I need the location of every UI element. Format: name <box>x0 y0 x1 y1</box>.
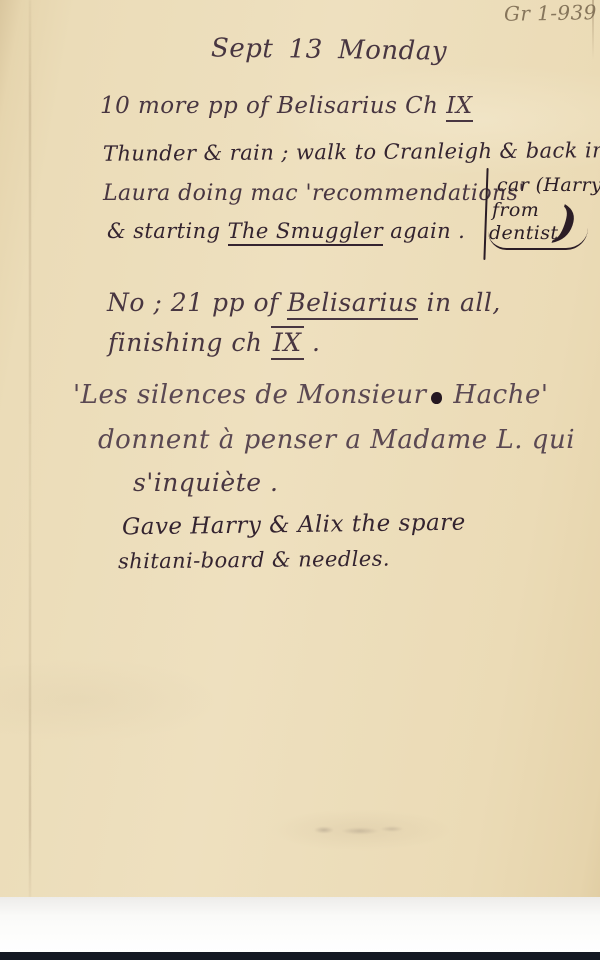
line5-text-c: in all, <box>418 288 501 317</box>
entry-date-heading: Sept 13 Monday <box>211 34 447 66</box>
notebook-page: Gr 1-939 Sept 13 Monday 10 more pp of Be… <box>0 0 600 897</box>
diary-line-5: No ; 21 pp of Belisarius in all, <box>107 289 501 317</box>
diary-line-7: 'Les silences de Monsieur Hache' <box>73 381 549 410</box>
diary-line-11: shitani-board & needles. <box>118 548 390 574</box>
diary-line-2: Thunder & rain ; walk to Cranleigh & bac… <box>103 139 600 166</box>
line6-text-a: finishing ch <box>108 328 271 357</box>
line4-text-a: & starting <box>107 219 228 243</box>
diary-line-8: donnent à penser a Madame L. qui <box>98 426 575 455</box>
ink-blot <box>431 392 442 404</box>
line5-title-underlined: Belisarius <box>287 288 418 320</box>
diary-line-6: finishing ch IX . <box>108 329 320 357</box>
line4-text-c: again . <box>383 219 465 243</box>
diary-page-photo: Gr 1-939 Sept 13 Monday 10 more pp of Be… <box>0 0 600 960</box>
archive-mark: Gr 1-939 <box>504 1 597 25</box>
line6-text-c: . <box>304 328 321 357</box>
scan-background-band <box>0 897 600 952</box>
line5-text-a: No ; 21 pp of <box>107 288 287 317</box>
line7-text-a: 'Les silences de Monsieur <box>73 380 427 410</box>
margin-note-underline-swash <box>488 228 588 250</box>
line6-chapter-numeral: IX <box>271 326 304 360</box>
page-crease-left <box>29 0 31 897</box>
line7-text-b: Hache' <box>445 380 549 410</box>
diary-line-3: Laura doing mac 'recommendations' <box>103 182 525 206</box>
diary-line-4: & starting The Smuggler again . <box>107 220 465 243</box>
diary-line-9: s'inquiète . <box>133 469 278 497</box>
line4-title-underlined: The Smuggler <box>228 219 384 246</box>
line1-chapter-underlined: IX <box>446 93 472 122</box>
diary-line-10: Gave Harry & Alix the spare <box>122 511 466 541</box>
diary-line-1: 10 more pp of Belisarius Ch IX <box>100 94 473 119</box>
margin-note-line2: from <box>492 200 539 221</box>
scan-dark-edge <box>0 952 600 960</box>
faint-pencil-smudge <box>308 822 404 838</box>
line1-text: 10 more pp of Belisarius Ch <box>100 93 446 119</box>
margin-note-line1: car (Harry <box>497 175 600 196</box>
